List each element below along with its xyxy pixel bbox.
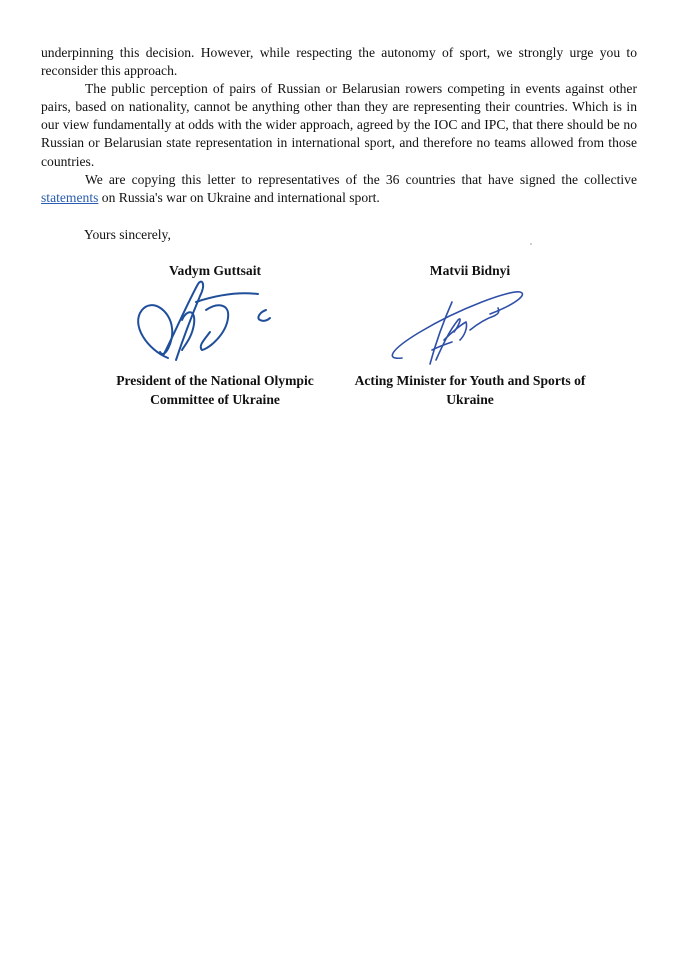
paragraph-2: The public perception of pairs of Russia… — [41, 80, 637, 170]
closing-salutation: Yours sincerely, — [84, 227, 171, 243]
paragraph-3-after-link: on Russia's war on Ukraine and internati… — [98, 190, 379, 205]
paragraph-3: We are copying this letter to representa… — [41, 171, 637, 207]
signatory-title: Acting Minister for Youth and Sports of … — [340, 372, 600, 409]
signatory-name: Vadym Guttsait — [90, 262, 340, 281]
signatory-left: Vadym Guttsait President of the National… — [90, 262, 340, 281]
paragraph-1: underpinning this decision. However, whi… — [41, 44, 637, 80]
letter-body: underpinning this decision. However, whi… — [41, 44, 637, 207]
signature-bidnyi-icon — [340, 280, 600, 375]
signatory-name: Matvii Bidnyi — [340, 262, 600, 281]
signatory-title: President of the National Olympic Commit… — [90, 372, 340, 409]
scan-artifact — [530, 243, 532, 245]
letter-page: underpinning this decision. However, whi… — [0, 0, 680, 963]
signatory-right: Matvii Bidnyi Acting Minister for Youth … — [340, 262, 600, 281]
paragraph-3-before-link: We are copying this letter to representa… — [85, 172, 637, 187]
statements-link[interactable]: statements — [41, 190, 98, 205]
signature-guttsait-icon — [90, 280, 340, 375]
